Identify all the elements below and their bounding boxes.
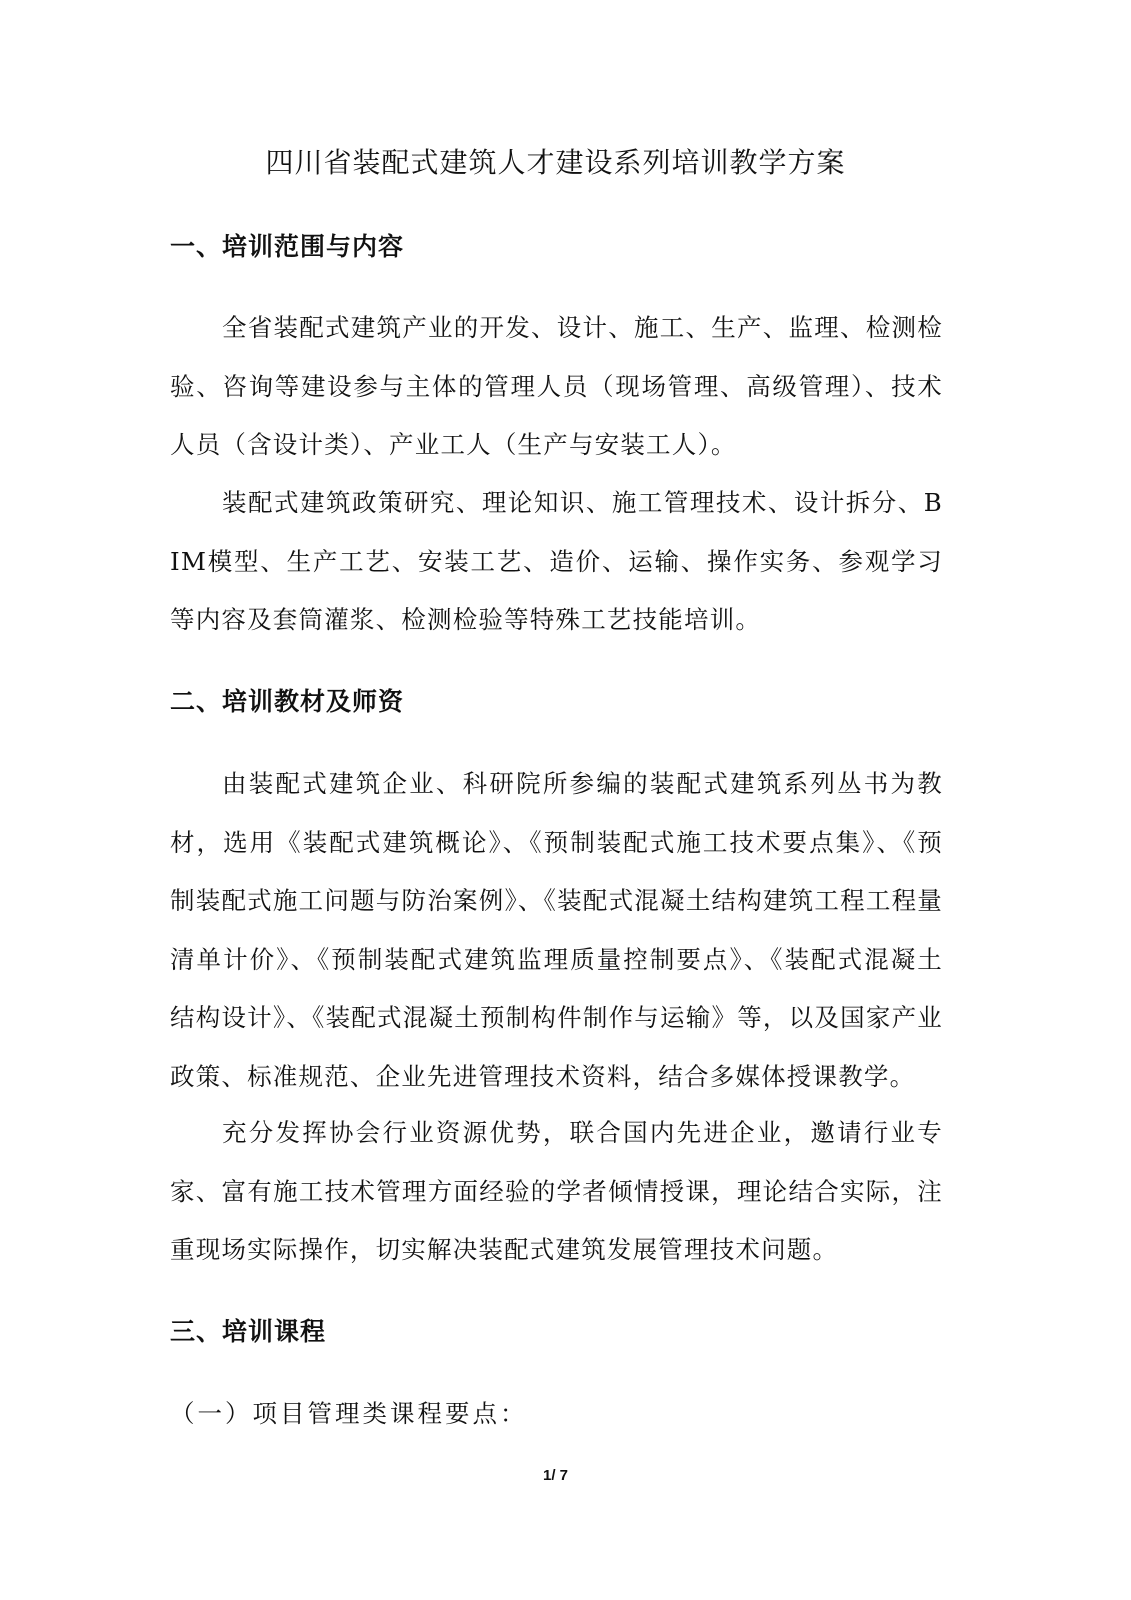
page-number: 1/ 7 — [0, 1466, 1111, 1486]
document-title: 四川省装配式建筑人才建设系列培训教学方案 — [0, 143, 1111, 183]
section-heading-courses: 三、培训课程 — [170, 1314, 326, 1350]
document-page: 四川省装配式建筑人才建设系列培训教学方案 一、培训范围与内容 全省装配式建筑产业… — [0, 0, 1131, 1600]
paragraph-scope-content: 装配式建筑政策研究、理论知识、施工管理技术、设计拆分、BIM模型、生产工艺、安装… — [170, 474, 943, 650]
subsection-heading-project-management: （一）项目管理类课程要点： — [170, 1396, 528, 1432]
section-heading-scope: 一、培训范围与内容 — [170, 229, 404, 265]
section-heading-materials: 二、培训教材及师资 — [170, 684, 404, 720]
paragraph-materials-teachers: 充分发挥协会行业资源优势，联合国内先进企业，邀请行业专家、富有施工技术管理方面经… — [170, 1104, 943, 1280]
paragraph-scope-participants: 全省装配式建筑产业的开发、设计、施工、生产、监理、检测检验、咨询等建设参与主体的… — [170, 299, 943, 475]
paragraph-materials-textbooks: 由装配式建筑企业、科研院所参编的装配式建筑系列丛书为教材，选用《装配式建筑概论》… — [170, 755, 943, 1106]
